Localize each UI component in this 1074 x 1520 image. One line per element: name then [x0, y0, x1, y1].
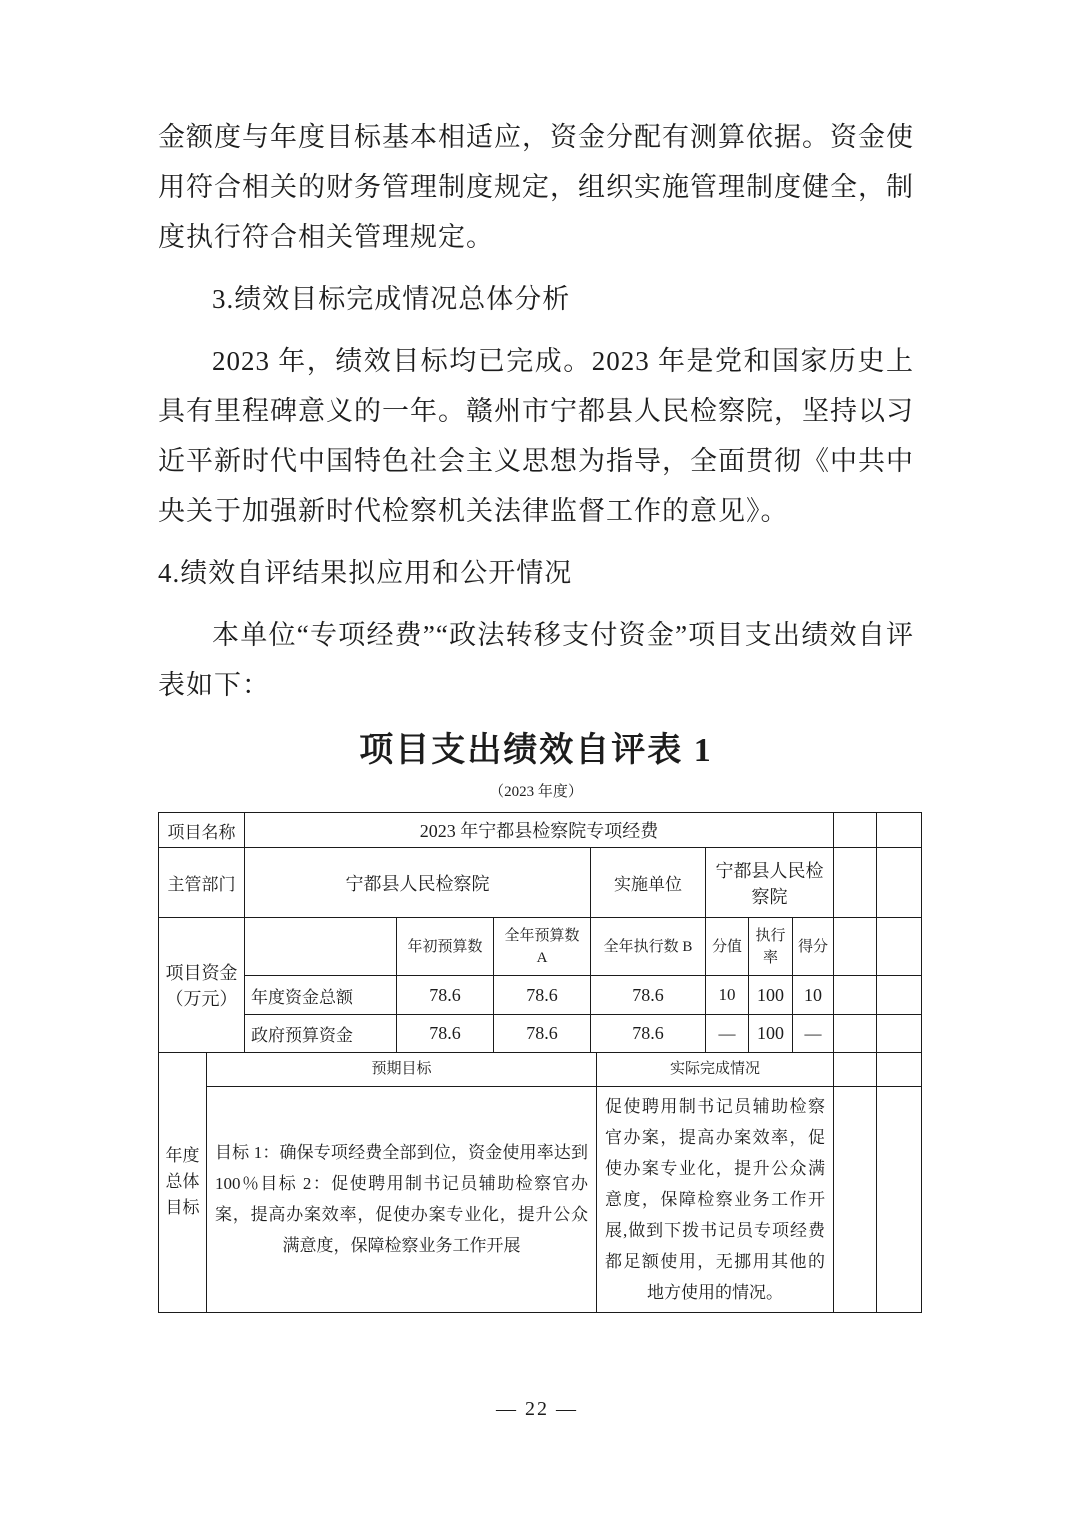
table-row: 目标 1：确保专项经费全部到位，资金使用率达到 100％目标 2：促使聘用制书记…	[159, 1086, 922, 1312]
self-evaluation-table: 项目名称 2023 年宁都县检察院专项经费 主管部门 宁都县人民检察院 实施单位…	[158, 812, 922, 1053]
document-page: 金额度与年度目标基本相适应，资金分配有测算依据。资金使用符合相关的财务管理制度规…	[0, 0, 1074, 1520]
body-paragraph-1: 金额度与年度目标基本相适应，资金分配有测算依据。资金使用符合相关的财务管理制度规…	[158, 112, 914, 262]
header-score: 得分	[793, 918, 834, 976]
body-paragraph-2: 2023 年，绩效目标均已完成。2023 年是党和国家历史上具有里程碑意义的一年…	[158, 336, 914, 536]
body-paragraph-3: 本单位“专项经费”“政法转移支付资金”项目支出绩效自评表如下：	[158, 610, 914, 710]
gov-score: —	[793, 1015, 834, 1053]
gov-execution-rate: 100	[749, 1015, 793, 1053]
impl-unit-value: 宁都县人民检察院	[706, 848, 834, 918]
empty-cell	[834, 1086, 877, 1312]
page-content: 金额度与年度目标基本相适应，资金分配有测算依据。资金使用符合相关的财务管理制度规…	[158, 112, 924, 1313]
table-row: 主管部门 宁都县人民检察院 实施单位 宁都县人民检察院	[159, 848, 922, 918]
total-initial-budget: 78.6	[397, 976, 494, 1015]
header-annual-execution: 全年执行数 B	[591, 918, 706, 976]
impl-unit-label: 实施单位	[591, 848, 706, 918]
header-annual-budget: 全年预算数 A	[494, 918, 591, 976]
goals-section-table: 年度总体目标 预期目标 实际完成情况 目标 1：确保专项经费全部到位，资金使用率…	[158, 1052, 922, 1313]
empty-cell	[877, 1052, 922, 1086]
header-initial-budget: 年初预算数	[397, 918, 494, 976]
annual-goal-label: 年度总体目标	[159, 1052, 207, 1312]
gov-score-value: —	[706, 1015, 749, 1053]
actual-completion-header: 实际完成情况	[597, 1052, 834, 1086]
empty-cell	[834, 1052, 877, 1086]
empty-cell	[245, 918, 397, 976]
empty-cell	[877, 813, 922, 848]
table-subtitle: （2023 年度）	[158, 782, 914, 802]
expected-goal-header: 预期目标	[207, 1052, 597, 1086]
gov-annual-budget: 78.6	[494, 1015, 591, 1053]
gov-initial-budget: 78.6	[397, 1015, 494, 1053]
dept-value: 宁都县人民检察院	[245, 848, 591, 918]
section-heading-4: 4.绩效自评结果拟应用和公开情况	[158, 548, 914, 598]
section-heading-3: 3.绩效目标完成情况总体分析	[158, 274, 914, 324]
gov-annual-execution: 78.6	[591, 1015, 706, 1053]
empty-cell	[834, 848, 877, 918]
total-annual-execution: 78.6	[591, 976, 706, 1015]
empty-cell	[877, 918, 922, 976]
table-row: 年度总体目标 预期目标 实际完成情况	[159, 1052, 922, 1086]
page-number: — 22 —	[0, 1398, 1074, 1421]
total-score: 10	[793, 976, 834, 1015]
empty-cell	[877, 976, 922, 1015]
project-name-label: 项目名称	[159, 813, 245, 848]
actual-completion-text: 促使聘用制书记员辅助检察官办案，提高办案效率，促使办案专业化，提升公众满意度，保…	[597, 1086, 834, 1312]
empty-cell	[834, 918, 877, 976]
empty-cell	[834, 1015, 877, 1053]
empty-cell	[877, 1015, 922, 1053]
empty-cell	[834, 976, 877, 1015]
row-label-gov-budget: 政府预算资金	[245, 1015, 397, 1053]
table-title: 项目支出绩效自评表 1	[158, 728, 914, 774]
expected-goal-text: 目标 1：确保专项经费全部到位，资金使用率达到 100％目标 2：促使聘用制书记…	[207, 1086, 597, 1312]
project-name-value: 2023 年宁都县检察院专项经费	[245, 813, 834, 848]
empty-cell	[834, 813, 877, 848]
table-row: 政府预算资金 78.6 78.6 78.6 — 100 —	[159, 1015, 922, 1053]
total-score-value: 10	[706, 976, 749, 1015]
dept-label: 主管部门	[159, 848, 245, 918]
total-annual-budget: 78.6	[494, 976, 591, 1015]
table-row: 项目名称 2023 年宁都县检察院专项经费	[159, 813, 922, 848]
header-score-value: 分值	[706, 918, 749, 976]
funds-section-label: 项目资金（万元）	[159, 918, 245, 1053]
row-label-total-funds: 年度资金总额	[245, 976, 397, 1015]
header-execution-rate: 执行率	[749, 918, 793, 976]
table-row: 年度资金总额 78.6 78.6 78.6 10 100 10	[159, 976, 922, 1015]
table-row: 项目资金（万元） 年初预算数 全年预算数 A 全年执行数 B 分值 执行率 得分	[159, 918, 922, 976]
empty-cell	[877, 848, 922, 918]
empty-cell	[877, 1086, 922, 1312]
total-execution-rate: 100	[749, 976, 793, 1015]
